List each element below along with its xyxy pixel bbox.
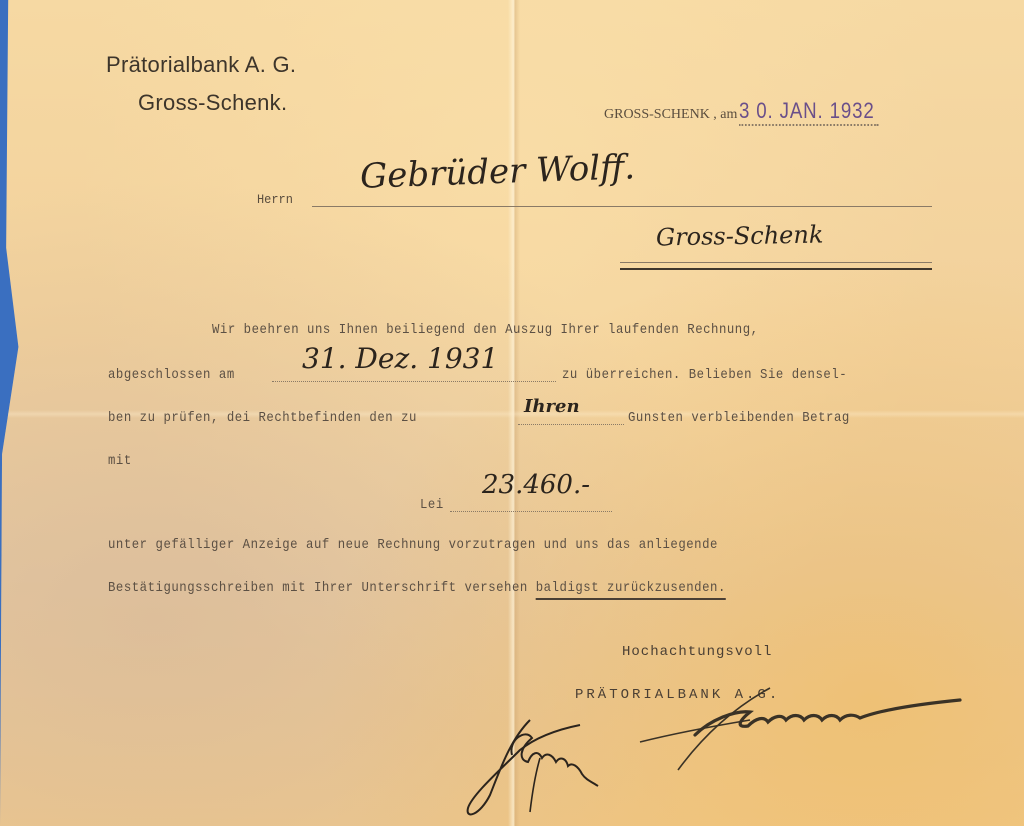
body-line-1: Wir beehren uns Ihnen beiliegend den Aus… xyxy=(212,322,759,338)
address-rule-thin xyxy=(620,262,932,263)
body-line-6-prefix: Bestätigungsschreiben mit Ihrer Untersch… xyxy=(108,580,528,596)
recipient-location: Gross-Schenk xyxy=(656,221,824,252)
favor-field xyxy=(518,424,624,425)
dateline: GROSS-SCHENK , am3 0. JAN. 1932 xyxy=(604,98,903,126)
body-line-3-prefix: ben zu prüfen, dei Rechtbefinden den zu xyxy=(108,410,417,426)
date-stamp: 3 0. JAN. 1932 xyxy=(739,98,878,126)
recipient-name: Gebrüder Wolff. xyxy=(359,147,635,197)
closing-date-field xyxy=(272,381,556,382)
body-line-6: Bestätigungsschreiben mit Ihrer Untersch… xyxy=(108,580,726,596)
letterhead-city: Gross-Schenk. xyxy=(138,90,287,116)
dateline-place: GROSS-SCHENK , am xyxy=(604,107,737,122)
body-line-5: unter gefälliger Anzeige auf neue Rechnu… xyxy=(108,537,718,553)
amount-label: Lei xyxy=(420,497,444,513)
recipient-rule xyxy=(312,206,932,207)
body-line-2-prefix: abgeschlossen am xyxy=(108,367,235,383)
address-rule-thick xyxy=(620,268,932,270)
body-line-6-underlined: baldigst zurückzusenden. xyxy=(536,580,726,600)
amount-field xyxy=(450,511,612,512)
body-line-2-suffix: zu überreichen. Belieben Sie densel- xyxy=(562,367,847,383)
closing-greeting: Hochachtungsvoll xyxy=(622,644,772,660)
letterhead-bank-name: Prätorialbank A. G. xyxy=(106,52,296,78)
body-line-4: mit xyxy=(108,453,132,469)
favor-handwritten: Ihren xyxy=(524,396,580,417)
signature-right xyxy=(640,680,970,770)
signature-left xyxy=(460,700,640,826)
recipient-label: Herrn xyxy=(257,192,293,207)
body-line-3-suffix: Gunsten verbleibenden Betrag xyxy=(628,410,850,426)
amount-handwritten: 23.460.- xyxy=(482,470,590,500)
letter-paper: Prätorialbank A. G. Gross-Schenk. GROSS-… xyxy=(0,0,1024,826)
closing-date-handwritten: 31. Dez. 1931 xyxy=(302,342,498,375)
